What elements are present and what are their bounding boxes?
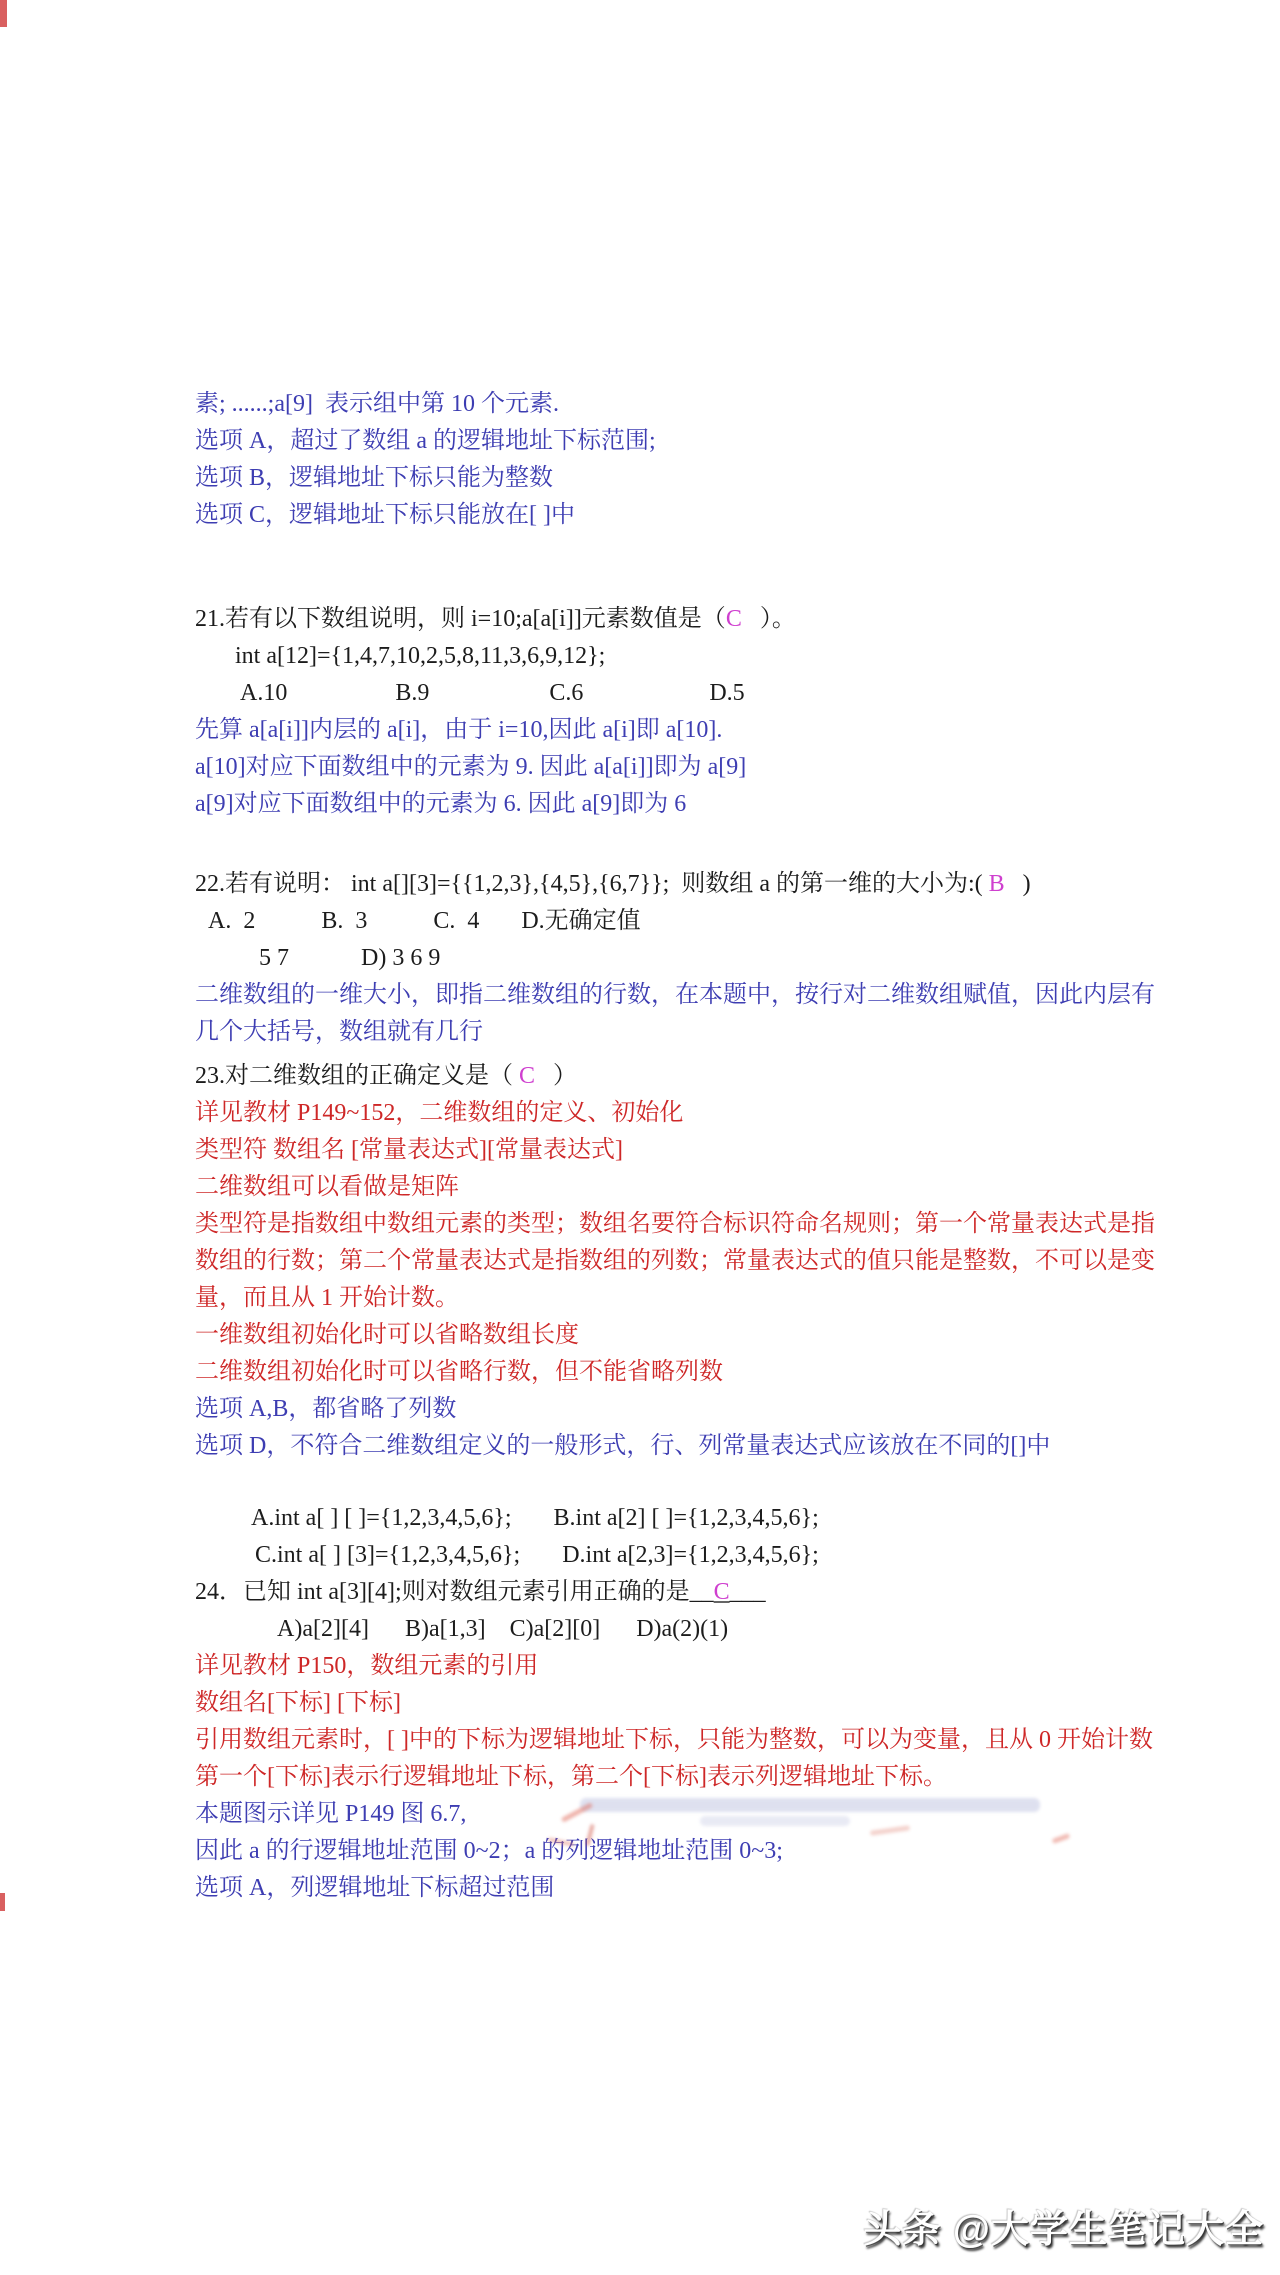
text-segment: 选项 A，超过了数组 a 的逻辑地址下标范围; [195, 428, 656, 454]
doc-line: 选项 B，逻辑地址下标只能为整数 [195, 460, 1255, 497]
doc-line: 数组名[下标] [下标] [195, 1685, 1255, 1722]
doc-line: a[10]对应下面数组中的元素为 9. 因此 a[a[i]]即为 a[9] [195, 749, 1255, 786]
doc-line: A.10 B.9 C.6 D.5 [195, 675, 1255, 712]
doc-line: 选项 A，超过了数组 a 的逻辑地址下标范围; [195, 423, 1255, 460]
doc-line: 选项 A，列逻辑地址下标超过范围 [195, 1870, 1255, 1907]
doc-line: int a[12]={1,4,7,10,2,5,8,11,3,6,9,12}; [195, 638, 1255, 675]
doc-line: 先算 a[a[i]]内层的 a[i]，由于 i=10,因此 a[i]即 a[10… [195, 712, 1255, 749]
doc-line: A. 2 B. 3 C. 4 D.无确定值 [195, 903, 1255, 940]
text-segment: 21.若有以下数组说明，则 i=10;a[a[i]]元素数值是（ [195, 606, 726, 632]
text-segment: 选项 A，列逻辑地址下标超过范围 [195, 1875, 554, 1901]
doc-line: 选项 C，逻辑地址下标只能放在[ ]中 [195, 497, 1255, 534]
text-segment: ） [535, 1063, 577, 1089]
text-segment: 类型符是指数组中数组元素的类型；数组名要符合标识符命名规则；第一个常量表达式是指 [195, 1211, 1155, 1237]
doc-line: 二维数组初始化时可以省略行数，但不能省略列数 [195, 1354, 1255, 1391]
doc-line: 22.若有说明： int a[][3]={{1,2,3},{4,5},{6,7}… [195, 866, 1255, 903]
text-segment: ) [1005, 871, 1031, 897]
doc-line: 5 7 D) 3 6 9 [195, 940, 1255, 977]
text-segment: 一维数组初始化时可以省略数组长度 [195, 1322, 579, 1348]
doc-line: A)a[2][4] B)a[1,3] C)a[2][0] D)a(2)(1) [195, 1611, 1255, 1648]
text-segment: 详见教材 P150，数组元素的引用 [195, 1653, 538, 1679]
scan-edge-artifact [0, 1893, 5, 1911]
doc-line: 素; ......;a[9] 表示组中第 10 个元素. [195, 386, 1255, 423]
doc-line: 类型符 数组名 [常量表达式][常量表达式] [195, 1132, 1255, 1169]
doc-line: A.int a[ ] [ ]={1,2,3,4,5,6}; B.int a[2]… [195, 1500, 1255, 1537]
text-segment: 数组名[下标] [下标] [195, 1690, 401, 1716]
doc-line: 类型符是指数组中数组元素的类型；数组名要符合标识符命名规则；第一个常量表达式是指 [195, 1206, 1255, 1243]
doc-line: 因此 a 的行逻辑地址范围 0~2；a 的列逻辑地址范围 0~3; [195, 1833, 1255, 1870]
doc-line: 选项 D，不符合二维数组定义的一般形式，行、列常量表达式应该放在不同的[]中 [195, 1428, 1255, 1465]
text-segment: 详见教材 P149~152，二维数组的定义、初始化 [195, 1100, 683, 1126]
text-segment: C [519, 1063, 535, 1089]
doc-line: 选项 A,B，都省略了列数 [195, 1391, 1255, 1428]
doc-line: 二维数组可以看做是矩阵 [195, 1169, 1255, 1206]
text-segment: a[9]对应下面数组中的元素为 6. 因此 a[9]即为 6 [195, 791, 686, 817]
text-segment: int a[12]={1,4,7,10,2,5,8,11,3,6,9,12}; [235, 643, 605, 669]
watermark-text: 头条 @大学生笔记大全 [863, 2198, 1264, 2253]
text-segment: 选项 B，逻辑地址下标只能为整数 [195, 465, 553, 491]
text-segment: 选项 D，不符合二维数组定义的一般形式，行、列常量表达式应该放在不同的[]中 [195, 1433, 1050, 1459]
text-segment: 5 7 D) 3 6 9 [259, 945, 440, 971]
text-segment: C [714, 1579, 730, 1605]
doc-line: 几个大括号，数组就有几行 [195, 1014, 1255, 1051]
text-segment: 本题图示详见 P149 图 6.7, [195, 1801, 466, 1827]
text-segment: 类型符 数组名 [常量表达式][常量表达式] [195, 1137, 623, 1163]
doc-line: 详见教材 P149~152，二维数组的定义、初始化 [195, 1095, 1255, 1132]
text-segment: a[10]对应下面数组中的元素为 9. 因此 a[a[i]]即为 a[9] [195, 754, 746, 780]
doc-line: 引用数组元素时，[ ]中的下标为逻辑地址下标，只能为整数，可以为变量，且从 0 … [195, 1722, 1255, 1759]
doc-line: 24．已知 int a[3][4];则对数组元素引用正确的是__C___ [195, 1574, 1255, 1611]
text-segment: 23.对二维数组的正确定义是（ [195, 1063, 519, 1089]
stain-artifact [580, 1798, 1040, 1812]
text-segment: 数组的行数；第二个常量表达式是指数组的列数；常量表达式的值只能是整数，不可以是变 [195, 1248, 1155, 1274]
text-segment: ）。 [742, 606, 796, 632]
doc-line: 量，而且从 1 开始计数。 [195, 1280, 1255, 1317]
stain-artifact [700, 1816, 850, 1826]
text-segment: 二维数组可以看做是矩阵 [195, 1174, 459, 1200]
text-segment: 选项 A,B，都省略了列数 [195, 1396, 456, 1422]
doc-line: C.int a[ ] [3]={1,2,3,4,5,6}; D.int a[2,… [195, 1537, 1255, 1574]
text-segment: 几个大括号，数组就有几行 [195, 1019, 483, 1045]
scan-edge-artifact [0, 0, 7, 27]
text-segment: 素; ......;a[9] 表示组中第 10 个元素. [195, 391, 559, 417]
doc-line: a[9]对应下面数组中的元素为 6. 因此 a[9]即为 6 [195, 786, 1255, 823]
doc-line: 数组的行数；第二个常量表达式是指数组的列数；常量表达式的值只能是整数，不可以是变 [195, 1243, 1255, 1280]
document-body: 素; ......;a[9] 表示组中第 10 个元素.选项 A，超过了数组 a… [195, 386, 1255, 1907]
doc-line: 23.对二维数组的正确定义是（ C ） [195, 1058, 1255, 1095]
text-segment: C.int a[ ] [3]={1,2,3,4,5,6}; D.int a[2,… [255, 1542, 819, 1568]
text-segment: A. 2 B. 3 C. 4 D.无确定值 [208, 908, 641, 934]
text-segment: 二维数组的一维大小，即指二维数组的行数，在本题中，按行对二维数组赋值，因此内层有 [195, 982, 1155, 1008]
text-segment: A)a[2][4] B)a[1,3] C)a[2][0] D)a(2)(1) [277, 1616, 728, 1642]
text-segment: 二维数组初始化时可以省略行数，但不能省略列数 [195, 1359, 723, 1385]
text-segment: B [989, 871, 1005, 897]
doc-line: 一维数组初始化时可以省略数组长度 [195, 1317, 1255, 1354]
text-segment: 量，而且从 1 开始计数。 [195, 1285, 459, 1311]
text-segment: A.10 B.9 C.6 D.5 [240, 680, 745, 706]
text-segment: 先算 a[a[i]]内层的 a[i]，由于 i=10,因此 a[i]即 a[10… [195, 717, 722, 743]
doc-line: 21.若有以下数组说明，则 i=10;a[a[i]]元素数值是（C ）。 [195, 601, 1255, 638]
text-segment: ___ [730, 1579, 766, 1605]
text-segment: A.int a[ ] [ ]={1,2,3,4,5,6}; B.int a[2]… [251, 1505, 819, 1531]
text-segment: 选项 C，逻辑地址下标只能放在[ ]中 [195, 502, 575, 528]
doc-line: 详见教材 P150，数组元素的引用 [195, 1648, 1255, 1685]
doc-line: 二维数组的一维大小，即指二维数组的行数，在本题中，按行对二维数组赋值，因此内层有 [195, 977, 1255, 1014]
doc-line: 第一个[下标]表示行逻辑地址下标，第二个[下标]表示列逻辑地址下标。 [195, 1759, 1255, 1796]
text-segment: 因此 a 的行逻辑地址范围 0~2；a 的列逻辑地址范围 0~3; [195, 1838, 783, 1864]
text-segment: C [726, 606, 742, 632]
text-segment: 第一个[下标]表示行逻辑地址下标，第二个[下标]表示列逻辑地址下标。 [195, 1764, 947, 1790]
text-segment: 24．已知 int a[3][4];则对数组元素引用正确的是__ [195, 1579, 714, 1605]
text-segment: 引用数组元素时，[ ]中的下标为逻辑地址下标，只能为整数，可以为变量，且从 0 … [195, 1727, 1153, 1753]
text-segment: 22.若有说明： int a[][3]={{1,2,3},{4,5},{6,7}… [195, 871, 989, 897]
